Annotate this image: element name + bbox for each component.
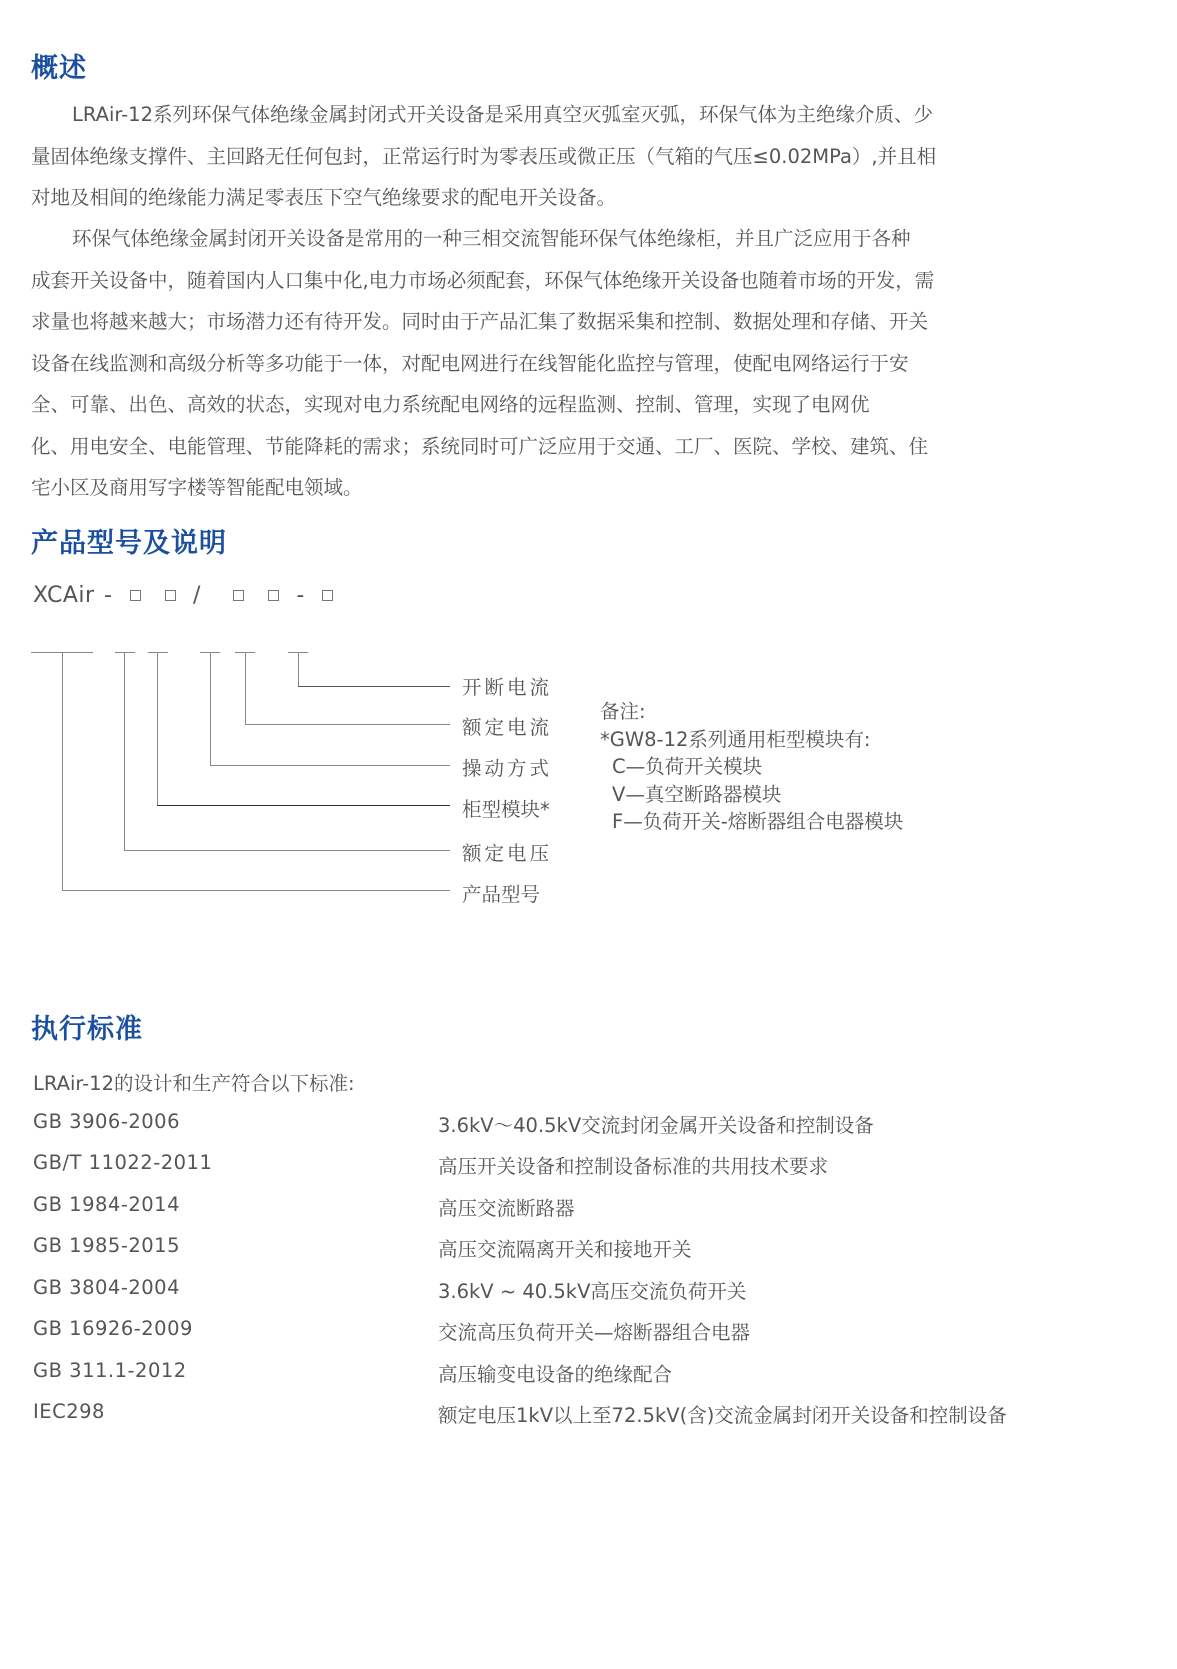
standards-intro: LRAir-12的设计和生产符合以下标准:	[33, 1068, 355, 1096]
leader-vertical	[210, 652, 211, 765]
standard-description: 高压开关设备和控制设备标准的共用技术要求	[438, 1151, 828, 1179]
label-cabinet-module: 柜型模块*	[462, 794, 550, 822]
text-line: 环保气体绝缘金属封闭开关设备是常用的一种三相交流智能环保气体绝缘柜，并且广泛应用…	[31, 218, 1151, 260]
standard-code: GB 1984-2014	[33, 1193, 180, 1216]
notes-item: F—负荷开关-熔断器组合电器模块	[600, 808, 903, 836]
section-title-model: 产品型号及说明	[31, 521, 227, 560]
standards-row: GB 3804-2004 3.6kV ~ 40.5kV高压交流负荷开关	[33, 1276, 1153, 1317]
standard-code: GB 1985-2015	[33, 1234, 180, 1257]
leader-horizontal	[245, 724, 450, 725]
leader-vertical	[62, 652, 63, 890]
standard-description: 额定电压1kV以上至72.5kV(含)交流金属封闭开关设备和控制设备	[438, 1400, 1007, 1428]
standard-code: GB/T 11022-2011	[33, 1151, 212, 1174]
standards-row: GB 3906-2006 3.6kV～40.5kV交流封闭金属开关设备和控制设备	[33, 1110, 1153, 1151]
leader-horizontal	[157, 805, 450, 806]
code-dash: -	[104, 583, 112, 608]
placeholder-box-icon	[268, 590, 279, 601]
placeholder-box-icon	[165, 590, 176, 601]
standard-code: GB 3906-2006	[33, 1110, 180, 1133]
label-breaking-current: 开断电流	[462, 672, 552, 700]
leader-vertical	[124, 652, 125, 850]
standard-description: 高压交流断路器	[438, 1193, 575, 1221]
standards-row: GB 1985-2015 高压交流隔离开关和接地开关	[33, 1234, 1153, 1275]
text-line: 成套开关设备中，随着国内人口集中化,电力市场必须配套，环保气体绝缘开关设备也随着…	[31, 260, 1151, 302]
overview-paragraph-2: 环保气体绝缘金属封闭开关设备是常用的一种三相交流智能环保气体绝缘柜，并且广泛应用…	[31, 218, 1151, 509]
text-line: 设备在线监测和高级分析等多功能于一体，对配电网进行在线智能化监控与管理，使配电网…	[31, 343, 1151, 385]
placeholder-box-icon	[130, 590, 141, 601]
code-dash: -	[296, 583, 304, 608]
standard-code: GB 3804-2004	[33, 1276, 180, 1299]
text-line: LRAir-12系列环保气体绝缘金属封闭式开关设备是采用真空灭弧室灭弧，环保气体…	[31, 94, 1151, 136]
standards-row: GB 1984-2014 高压交流断路器	[33, 1193, 1153, 1234]
underline-box-1	[115, 652, 135, 653]
standard-code: GB 311.1-2012	[33, 1359, 187, 1382]
leader-horizontal	[210, 765, 450, 766]
standard-description: 高压交流隔离开关和接地开关	[438, 1234, 692, 1262]
leader-horizontal	[298, 686, 450, 687]
standards-row: GB/T 11022-2011 高压开关设备和控制设备标准的共用技术要求	[33, 1151, 1153, 1192]
text-line: 化、用电安全、电能管理、节能降耗的需求；系统同时可广泛应用于交通、工厂、医院、学…	[31, 426, 1151, 468]
label-rated-voltage: 额定电压	[462, 838, 552, 866]
section-title-overview: 概述	[31, 46, 87, 85]
standard-description: 交流高压负荷开关—熔断器组合电器	[438, 1317, 750, 1345]
standards-row: GB 311.1-2012 高压输变电设备的绝缘配合	[33, 1359, 1153, 1400]
leader-horizontal	[124, 850, 450, 851]
section-title-standards: 执行标准	[31, 1007, 143, 1046]
placeholder-box-icon	[322, 590, 333, 601]
standards-row: IEC298 额定电压1kV以上至72.5kV(含)交流金属封闭开关设备和控制设…	[33, 1400, 1153, 1441]
leader-vertical	[157, 652, 158, 805]
text-line: 宅小区及商用写字楼等智能配电领域。	[31, 467, 1151, 509]
label-operating-mode: 操动方式	[462, 753, 552, 781]
text-line: 求量也将越来越大；市场潜力还有待开发。同时由于产品汇集了数据采集和控制、数据处理…	[31, 301, 1151, 343]
placeholder-box-icon	[233, 590, 244, 601]
standard-description: 高压输变电设备的绝缘配合	[438, 1359, 672, 1387]
code-prefix: XCAir	[33, 583, 95, 608]
standard-code: GB 16926-2009	[33, 1317, 193, 1340]
overview-paragraph-1: LRAir-12系列环保气体绝缘金属封闭式开关设备是采用真空灭弧室灭弧，环保气体…	[31, 94, 1151, 219]
leader-horizontal	[62, 890, 450, 891]
notes-item: C—负荷开关模块	[600, 753, 903, 781]
text-line: 全、可靠、出色、高效的状态，实现对电力系统配电网络的远程监测、控制、管理，实现了…	[31, 384, 1151, 426]
notes-line: *GW8-12系列通用柜型模块有:	[600, 726, 903, 754]
notes-heading: 备注:	[600, 698, 903, 726]
code-slash: /	[193, 583, 201, 608]
leader-vertical	[245, 652, 246, 724]
standards-row: GB 16926-2009 交流高压负荷开关—熔断器组合电器	[33, 1317, 1153, 1358]
leader-vertical	[298, 652, 299, 686]
standard-description: 3.6kV ~ 40.5kV高压交流负荷开关	[438, 1276, 746, 1304]
label-product-model: 产品型号	[462, 879, 540, 907]
text-line: 对地及相间的绝缘能力满足零表压下空气绝缘要求的配电开关设备。	[31, 177, 1151, 219]
standard-code: IEC298	[33, 1400, 105, 1423]
model-code-template: XCAir - / -	[33, 583, 341, 608]
notes-item: V—真空断路器模块	[600, 781, 903, 809]
label-rated-current: 额定电流	[462, 712, 552, 740]
standard-description: 3.6kV～40.5kV交流封闭金属开关设备和控制设备	[438, 1110, 874, 1138]
model-notes: 备注: *GW8-12系列通用柜型模块有: C—负荷开关模块 V—真空断路器模块…	[600, 698, 903, 836]
text-line: 量固体绝缘支撑件、主回路无任何包封，正常运行时为零表压或微正压（气箱的气压≤0.…	[31, 136, 1151, 178]
underline-box-2	[148, 652, 168, 653]
